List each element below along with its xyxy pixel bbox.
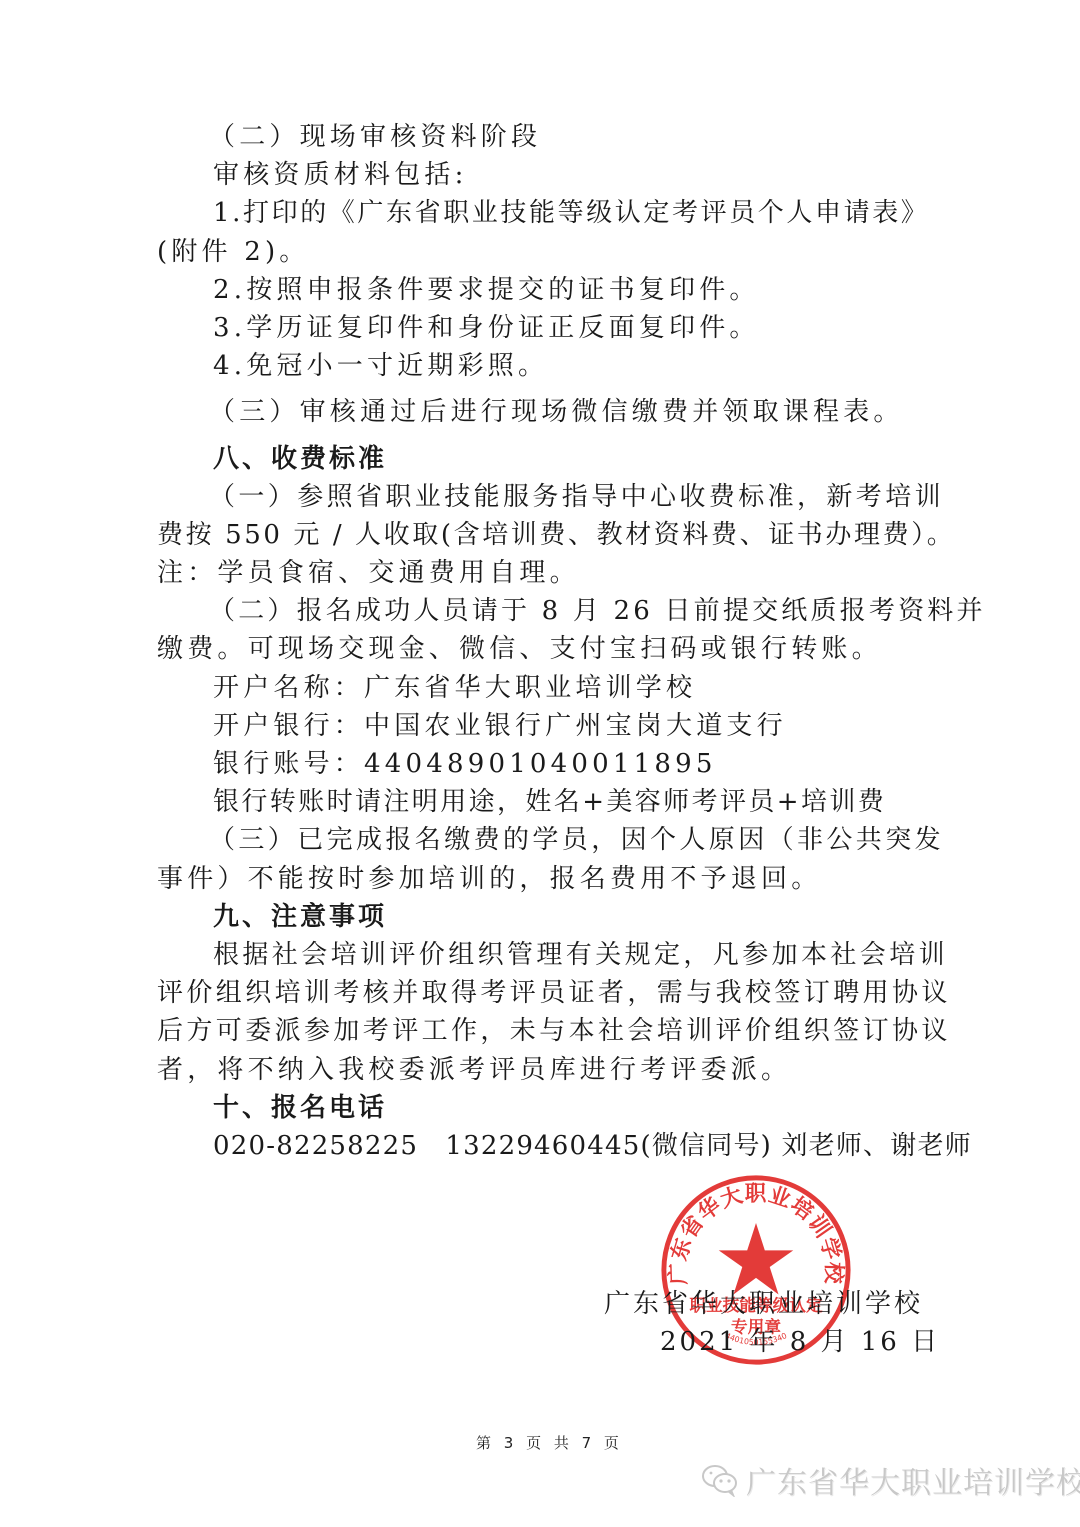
- paragraph-line: （一）参照省职业技能服务指导中心收费标准，新考培训: [157, 478, 917, 516]
- section-heading: 十、报名电话: [157, 1089, 917, 1127]
- paragraph-line: 后方可委派参加考评工作，未与本社会培训评价组织签订协议: [157, 1012, 917, 1050]
- paragraph-line: 费按 550 元 / 人收取(含培训费、教材资料费、证书办理费）。: [157, 516, 917, 554]
- paragraph-line: 评价组织培训考核并取得考评员证者，需与我校签订聘用协议: [157, 974, 917, 1012]
- signature-block: 广东省华大职业培训学校 2021 年 8 月 16 日: [604, 1285, 924, 1361]
- paragraph-line: 者，将不纳入我校委派考评员库进行考评委派。: [157, 1051, 917, 1089]
- paragraph-line: 事件）不能按时参加培训的，报名费用不予退回。: [157, 860, 917, 898]
- section-heading: 八、收费标准: [157, 440, 917, 478]
- watermark-text: 广东省华大职业培训学校: [746, 1458, 1080, 1502]
- wechat-watermark: 广东省华大职业培训学校: [700, 1458, 1080, 1502]
- paragraph-line: 根据社会培训评价组织管理有关规定，凡参加本社会培训: [157, 936, 917, 974]
- signature-date: 2021 年 8 月 16 日: [604, 1323, 924, 1361]
- list-item-continuation: (附件 2)。: [157, 233, 917, 271]
- list-item: 4.免冠小一寸近期彩照。: [157, 347, 917, 385]
- subsection-paragraph: （三）审核通过后进行现场微信缴费并领取课程表。: [157, 393, 917, 431]
- page-number: 第 3 页 共 7 页: [476, 1432, 623, 1453]
- document-body: （二）现场审核资料阶段 审核资质材料包括: 1.打印的《广东省职业技能等级认定考…: [157, 118, 917, 1165]
- paragraph-line: 注：学员食宿、交通费用自理。: [157, 554, 917, 592]
- list-item: 1.打印的《广东省职业技能等级认定考评员个人申请表》: [157, 194, 917, 232]
- bank-name: 开户银行：中国农业银行广州宝岗大道支行: [157, 707, 917, 745]
- paragraph-line: （三）已完成报名缴费的学员，因个人原因（非公共突发: [157, 821, 917, 859]
- signature-organization: 广东省华大职业培训学校: [604, 1285, 924, 1323]
- paragraph-line: （二）报名成功人员请于 8 月 26 日前提交纸质报考资料并: [157, 592, 917, 630]
- list-item: 3.学历证复印件和身份证正反面复印件。: [157, 309, 917, 347]
- document-page: （二）现场审核资料阶段 审核资质材料包括: 1.打印的《广东省职业技能等级认定考…: [0, 0, 1080, 1527]
- subsection-heading: （二）现场审核资料阶段: [157, 118, 917, 156]
- paragraph-line: 审核资质材料包括:: [157, 156, 917, 194]
- account-name: 开户名称：广东省华大职业培训学校: [157, 669, 917, 707]
- transfer-note: 银行转账时请注明用途，姓名+美容师考评员+培训费: [157, 783, 917, 821]
- account-number: 银行账号：44048901040011895: [157, 745, 917, 783]
- paragraph-line: 缴费。可现场交现金、微信、支付宝扫码或银行转账。: [157, 630, 917, 668]
- section-heading: 九、注意事项: [157, 898, 917, 936]
- wechat-icon: [700, 1463, 740, 1497]
- contact-line: 020-82258225 13229460445(微信同号) 刘老师、谢老师: [157, 1127, 917, 1165]
- list-item: 2.按照申报条件要求提交的证书复印件。: [157, 271, 917, 309]
